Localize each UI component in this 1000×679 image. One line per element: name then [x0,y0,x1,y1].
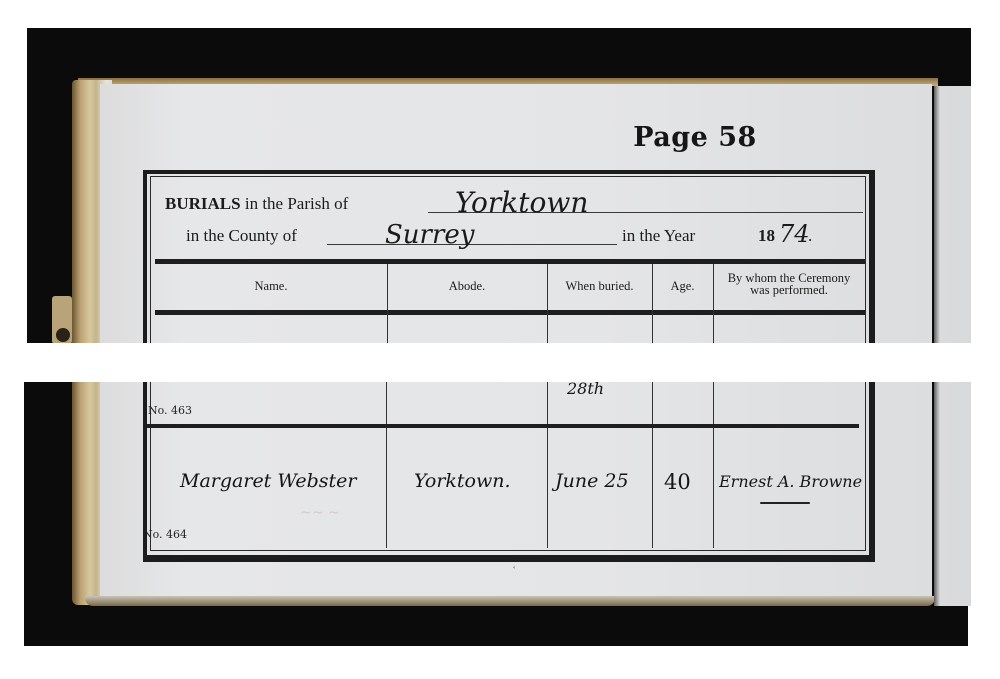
column-divider [547,264,548,343]
photo-slice-bottom: 28th No. 463 ~~ ~ Margaret Webster Yorkt… [0,382,1000,679]
parish-line: BURIALS in the Parish of [165,194,348,214]
page-title: Page 58 [0,122,1000,153]
tab-hole [56,328,70,342]
officiant-underline [760,502,810,504]
bleed-through-text: ~~ ~ [300,505,340,521]
parish-label: in the Parish of [245,194,348,213]
facing-page-edge [934,382,971,606]
entry-463-when-buried: 28th [567,382,604,398]
column-header-when-buried: When buried. [547,280,652,292]
table-frame-inner [150,382,866,551]
page-bottom-edge [85,596,935,606]
entry-464-name: Margaret Webster [180,470,356,492]
entry-separator-rule [147,424,859,428]
column-header-name: Name. [155,280,387,292]
entry-464-when-buried: June 25 [555,470,629,492]
year-suffix: . [808,226,812,246]
county-value: Surrey [385,220,475,250]
burials-heading: BURIALS [165,194,241,213]
year-handwritten: 74 [779,220,810,248]
header-bottom-rule [155,310,865,315]
column-header-officiant: By whom the Ceremony was performed. [713,272,865,296]
page-tab-marker [52,296,72,343]
entry-464-officiant: Ernest A. Browne [719,472,862,491]
register-photo: Page 58 BURIALS in the Parish of Yorktow… [0,0,1000,343]
entry-464-abode: Yorktown. [414,470,511,492]
header-top-rule [155,259,865,264]
entry-number-463: No. 463 [148,404,192,417]
column-header-abode: Abode. [387,280,547,292]
county-label: in the County of [186,226,297,245]
column-divider [713,382,714,548]
year-label: in the Year [622,226,695,246]
column-header-age: Age. [652,280,713,292]
column-divider [652,264,653,343]
photo-slice-top: Page 58 BURIALS in the Parish of Yorktow… [0,0,1000,343]
column-divider [652,382,653,548]
column-divider [387,264,388,343]
slice-gap [0,343,1000,382]
column-divider [386,382,387,548]
year-printed: 18 [758,226,775,246]
officiant-header-line2: was performed. [713,284,865,296]
parish-value: Yorktown [455,186,588,219]
register-photo: 28th No. 463 ~~ ~ Margaret Webster Yorkt… [0,382,1000,679]
entry-number-464: No. 464 [143,528,187,541]
county-line: in the County of [186,226,297,246]
column-divider [547,382,548,548]
entry-464-age: 40 [664,470,691,494]
